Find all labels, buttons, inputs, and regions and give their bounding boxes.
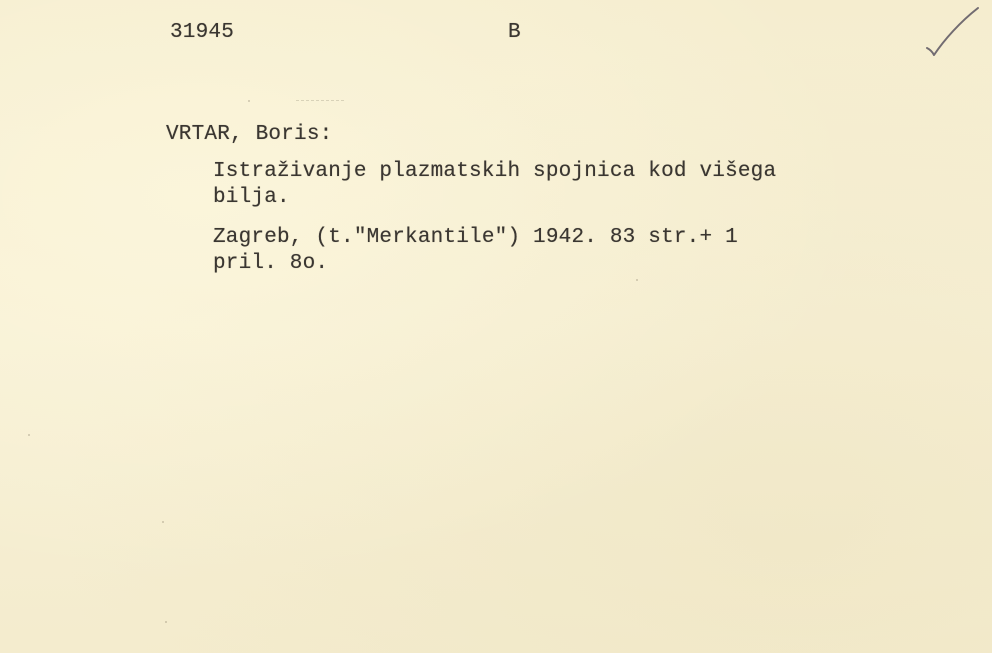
checkmark-icon <box>922 4 982 58</box>
imprint-line: pril. 8o. <box>213 251 328 277</box>
paper-speck <box>636 279 638 281</box>
title-line: bilja. <box>213 185 290 211</box>
paper-speck <box>248 100 250 102</box>
author-heading: VRTAR, Boris: <box>166 122 332 148</box>
catalog-card: 31945 B VRTAR, Boris: Istraživanje plazm… <box>0 0 992 653</box>
location-letter: B <box>508 20 521 46</box>
paper-mark <box>296 100 344 102</box>
title-line: Istraživanje plazmatskih spojnica kod vi… <box>213 159 776 185</box>
paper-speck <box>165 621 167 623</box>
call-number: 31945 <box>170 20 234 46</box>
imprint-line: Zagreb, (t."Merkantile") 1942. 83 str.+ … <box>213 225 738 251</box>
paper-speck <box>162 521 164 523</box>
paper-speck <box>28 434 30 436</box>
